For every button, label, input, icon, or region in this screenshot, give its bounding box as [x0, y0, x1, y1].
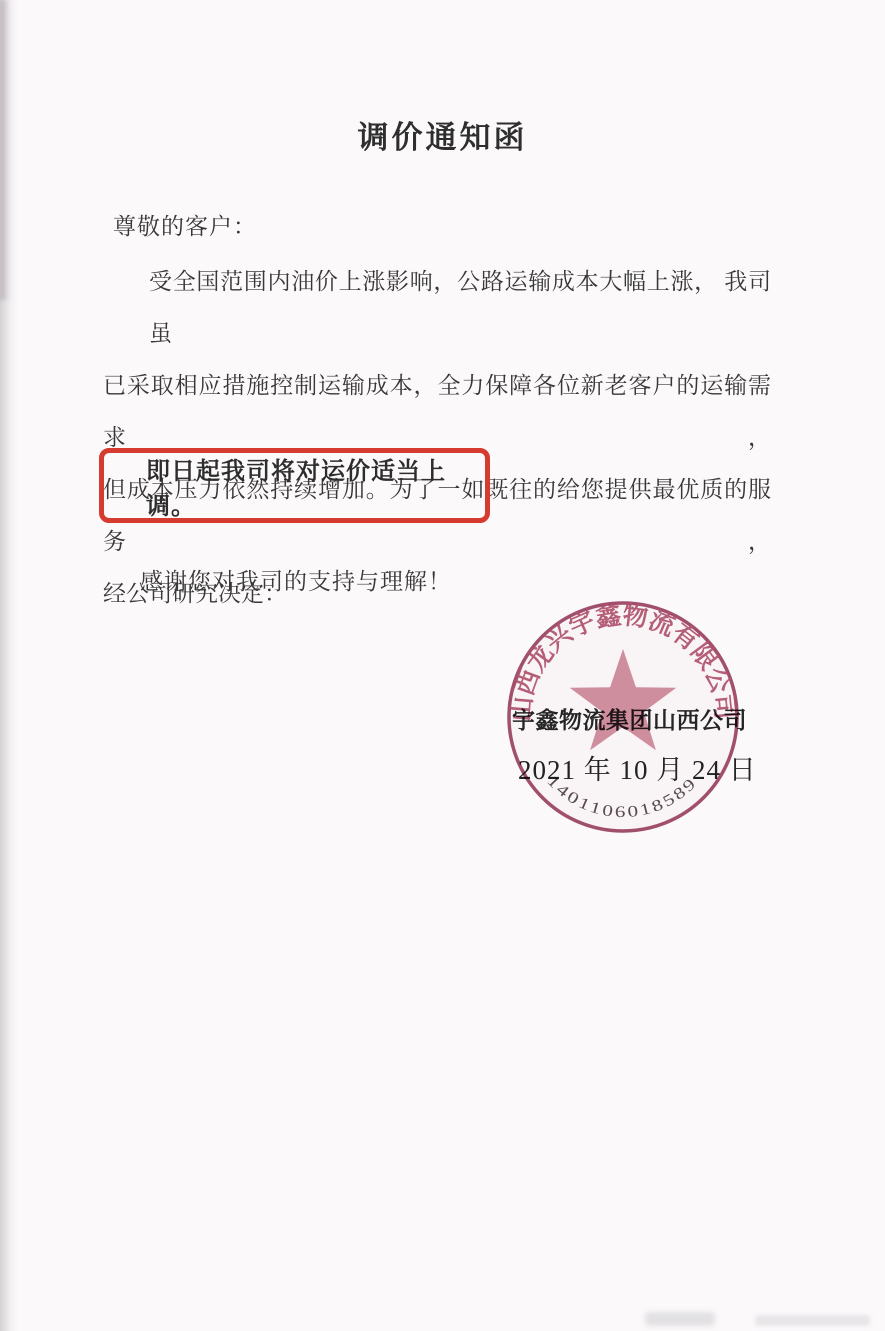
page-title: 调价通知函	[0, 112, 885, 157]
signature-company-name: 宇鑫物流集团山西公司	[512, 702, 742, 735]
scan-artifact	[645, 1312, 715, 1326]
scan-artifact	[755, 1315, 870, 1326]
salutation: 尊敬的客户：	[113, 208, 257, 241]
scan-edge-shadow	[0, 0, 18, 1331]
thanks-line: 感谢您对我司的支持与理解！	[140, 563, 452, 596]
signature-date: 2021 年 10 月 24 日	[518, 748, 738, 787]
red-highlight-box: 即日起我司将对运价适当上调。	[99, 448, 490, 523]
highlight-sentence: 即日起我司将对运价适当上调。	[104, 451, 485, 521]
scanned-letter-page: 调价通知函 尊敬的客户： 受全国范围内油价上涨影响，公路运输成本大幅上涨， 我司…	[0, 0, 885, 1331]
seal-star-icon	[570, 649, 677, 750]
body-line-1: 受全国范围内油价上涨影响，公路运输成本大幅上涨， 我司虽	[103, 256, 771, 360]
